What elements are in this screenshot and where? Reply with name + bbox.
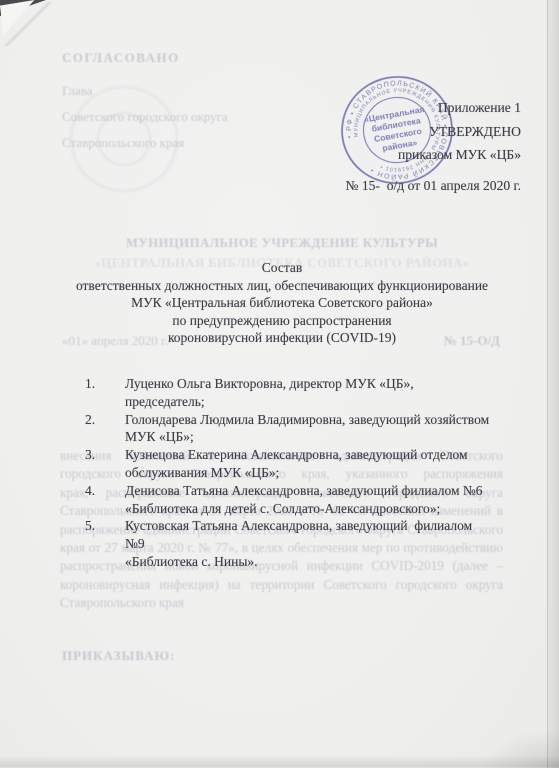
paper-crease — [2, 2, 54, 46]
title-line: Состав — [57, 259, 507, 277]
order-number-date-line: № 15- о/д от 01 апреля 2020 г. — [201, 174, 521, 198]
title-line: ответственных должностных лиц, обеспечив… — [57, 277, 507, 295]
list-item: 4. Денисова Татьяна Александровна, завед… — [85, 482, 493, 518]
title-line: по предупреждению распространения — [57, 312, 507, 330]
scan-bottom-edge — [0, 755, 559, 768]
title-line: МУК «Центральная библиотека Советского р… — [57, 294, 507, 312]
list-item: 1. Луценко Ольга Викторовна, директор МУ… — [85, 375, 493, 411]
list-item-number: 5. — [85, 517, 125, 570]
scan-right-edge — [547, 0, 559, 768]
approved-by-line: приказом МУК «ЦБ» — [201, 143, 521, 167]
bleedthrough-stamp-inner-circle — [97, 112, 151, 166]
bleedthrough-line: Ставропольского края — [60, 594, 503, 612]
scanned-document-page: СОГЛАСОВАНО Глава Советского городского … — [0, 0, 559, 768]
bleedthrough-line: СОГЛАСОВАНО — [62, 50, 228, 66]
annex-label: Приложение 1 — [201, 96, 521, 120]
list-item-number: 2. — [85, 411, 125, 447]
list-item-number: 3. — [85, 446, 125, 482]
list-item-text: Кустовская Татьяна Александровна, заведу… — [125, 517, 493, 570]
title-line: короновирусной инфекции (COVID-19) — [57, 329, 507, 347]
list-item-text: Кузнецова Екатерина Александровна, завед… — [125, 446, 493, 482]
bleedthrough-org-name: МУНИЦИПАЛЬНОЕ УЧРЕЖДЕНИЕ КУЛЬТУРЫ — [57, 236, 507, 251]
list-item-number: 1. — [85, 375, 125, 411]
approval-block: Приложение 1 УТВЕРЖДЕНО приказом МУК «ЦБ… — [201, 96, 521, 197]
list-item-text: Луценко Ольга Викторовна, директор МУК «… — [125, 375, 493, 411]
scan-corner-shadow — [479, 728, 559, 768]
list-item-text: Денисова Татьяна Александровна, заведующ… — [125, 482, 493, 518]
document-title: Состав ответственных должностных лиц, об… — [57, 259, 507, 347]
bleedthrough-line: короновирусная инфекция) на территории С… — [60, 576, 503, 594]
bleedthrough-order-word: ПРИКАЗЫВАЮ: — [62, 648, 176, 664]
list-item-number: 4. — [85, 482, 125, 518]
approved-label: УТВЕРЖДЕНО — [201, 120, 521, 144]
list-item: 3. Кузнецова Екатерина Александровна, за… — [85, 446, 493, 482]
list-item-text: Голондарева Людмила Владимировна, заведу… — [125, 411, 493, 447]
list-item: 5. Кустовская Татьяна Александровна, зав… — [85, 517, 493, 570]
staff-list: 1. Луценко Ольга Викторовна, директор МУ… — [85, 375, 493, 571]
list-item: 2. Голондарева Людмила Владимировна, зав… — [85, 411, 493, 447]
